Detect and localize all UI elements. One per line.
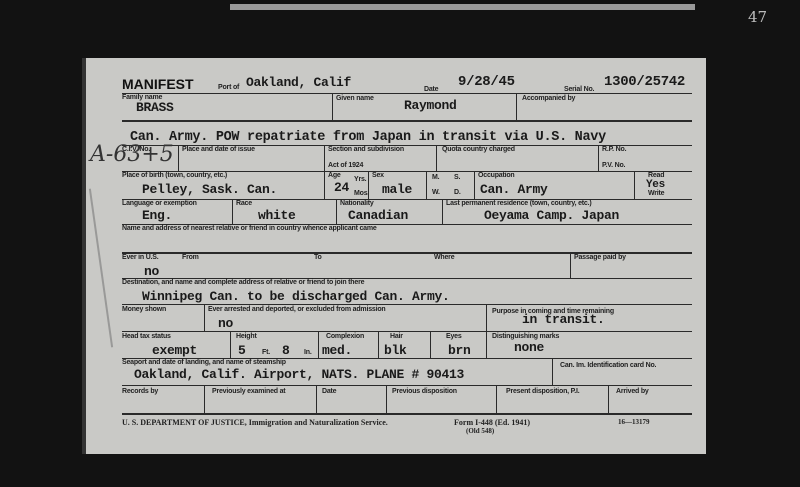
age-label: Age <box>328 172 341 179</box>
agency-footer: U. S. DEPARTMENT OF JUSTICE, Immigration… <box>122 418 388 427</box>
sex-value: male <box>382 182 412 197</box>
port-value: Oakland, Calif <box>246 75 351 90</box>
prev-examined-label: Previously examined at <box>212 388 285 395</box>
date-value: 9/28/45 <box>458 74 515 90</box>
destination-value: Winnipeg Can. to be discharged Can. Army… <box>142 289 450 304</box>
hair-value: blk <box>384 343 407 358</box>
arrived-by-label: Arrived by <box>616 388 649 395</box>
height-in-label: In. <box>304 349 312 356</box>
form-number: Form I-448 (Ed. 1941) <box>454 418 530 427</box>
head-tax-label: Head tax status <box>122 333 171 340</box>
remark-text: Can. Army. POW repatriate from Japan in … <box>130 130 606 145</box>
family-name-value: BRASS <box>136 100 174 115</box>
rp-no-label: R.P. No. <box>602 146 626 153</box>
language-label: Language or exemption <box>122 200 197 207</box>
film-edge <box>230 4 695 10</box>
place-date-issue-label: Place and date of issue <box>182 146 255 153</box>
given-name-label: Given name <box>336 95 374 102</box>
age-mos-label: Mos. <box>354 190 369 197</box>
read-label: Read <box>648 172 664 179</box>
height-label: Height <box>236 333 257 340</box>
nearest-relative-label: Name and address of nearest relative or … <box>122 225 377 232</box>
from-label: From <box>182 254 199 261</box>
id-card-label: Can. Im. Identification card No. <box>560 362 656 369</box>
section-label: Section and subdivision <box>328 146 404 153</box>
passage-paid-label: Passage paid by <box>574 254 626 261</box>
prev-disposition-label: Previous disposition <box>392 388 457 395</box>
pv-no-label: P.V. No. <box>602 162 625 169</box>
purpose-value: in transit. <box>522 312 605 327</box>
height-ft-value: 5 <box>238 343 246 358</box>
print-code: 16—13179 <box>618 418 650 426</box>
section-act-label: Act of 1924 <box>328 162 363 169</box>
arrested-value: no <box>218 316 233 331</box>
serial-label: Serial No. <box>564 86 594 93</box>
marks-value: none <box>514 340 544 355</box>
arrested-label: Ever arrested and deported, or excluded … <box>208 306 385 313</box>
marital-w-label: W. <box>432 189 440 196</box>
age-yrs-label: Yrs. <box>354 176 366 183</box>
age-value: 24 <box>334 180 349 195</box>
manifest-title: MANIFEST <box>122 76 194 92</box>
handwritten-vertical-mark <box>89 189 113 348</box>
language-value: Eng. <box>142 208 172 223</box>
occupation-value: Can. Army <box>480 182 548 197</box>
eyes-label: Eyes <box>446 333 462 340</box>
ever-in-us-label: Ever in U.S. <box>122 254 159 261</box>
marks-label: Distinguishing marks <box>492 333 559 340</box>
to-label: To <box>314 254 322 261</box>
ever-in-us-value: no <box>144 264 159 279</box>
birthplace-label: Place of birth (town, country, etc.) <box>122 172 227 179</box>
eyes-value: brn <box>448 343 471 358</box>
port-label: Port of <box>218 84 239 91</box>
sex-label: Sex <box>372 172 384 179</box>
serial-value: 1300/25742 <box>604 74 685 90</box>
nationality-value: Canadian <box>348 208 408 223</box>
race-value: white <box>258 208 296 223</box>
date-label: Date <box>424 86 438 93</box>
marital-m-label: M. <box>432 174 439 181</box>
where-label: Where <box>434 254 454 261</box>
race-label: Race <box>236 200 252 207</box>
old-form-number: (Old 548) <box>466 427 494 435</box>
handwritten-file-number: A-63+5 <box>90 142 174 167</box>
seaport-value: Oakland, Calif. Airport, NATS. PLANE # 9… <box>134 367 464 382</box>
records-by-label: Records by <box>122 388 158 395</box>
marital-d-label: D. <box>454 189 461 196</box>
marital-s-label: S. <box>454 174 460 181</box>
birthplace-value: Pelley, Sask. Can. <box>142 182 277 197</box>
occupation-label: Occupation <box>478 172 515 179</box>
last-residence-value: Oeyama Camp. Japan <box>484 208 619 223</box>
complexion-label: Complexion <box>326 333 364 340</box>
seaport-label: Seaport and date of landing, and name of… <box>122 359 286 366</box>
date2-label: Date <box>322 388 336 395</box>
last-residence-label: Last permanent residence (town, country,… <box>446 200 591 207</box>
write-label: Write <box>648 190 664 197</box>
money-shown-label: Money shown <box>122 306 166 313</box>
head-tax-value: exempt <box>152 343 197 358</box>
quota-country-label: Quota country charged <box>442 146 515 153</box>
height-in-value: 8 <box>282 343 290 358</box>
given-name-value: Raymond <box>404 98 457 113</box>
corner-frame-number: 47 <box>748 8 767 26</box>
height-ft-label: Ft. <box>262 349 270 356</box>
destination-label: Destination, and name and complete addre… <box>122 279 364 286</box>
present-disposition-label: Present disposition, P.I. <box>506 388 579 395</box>
nationality-label: Nationality <box>340 200 374 207</box>
complexion-value: med. <box>322 343 352 358</box>
manifest-card: MANIFEST Port of Oakland, Calif Date 9/2… <box>82 58 706 454</box>
hair-label: Hair <box>390 333 403 340</box>
accompanied-label: Accompanied by <box>522 95 575 102</box>
